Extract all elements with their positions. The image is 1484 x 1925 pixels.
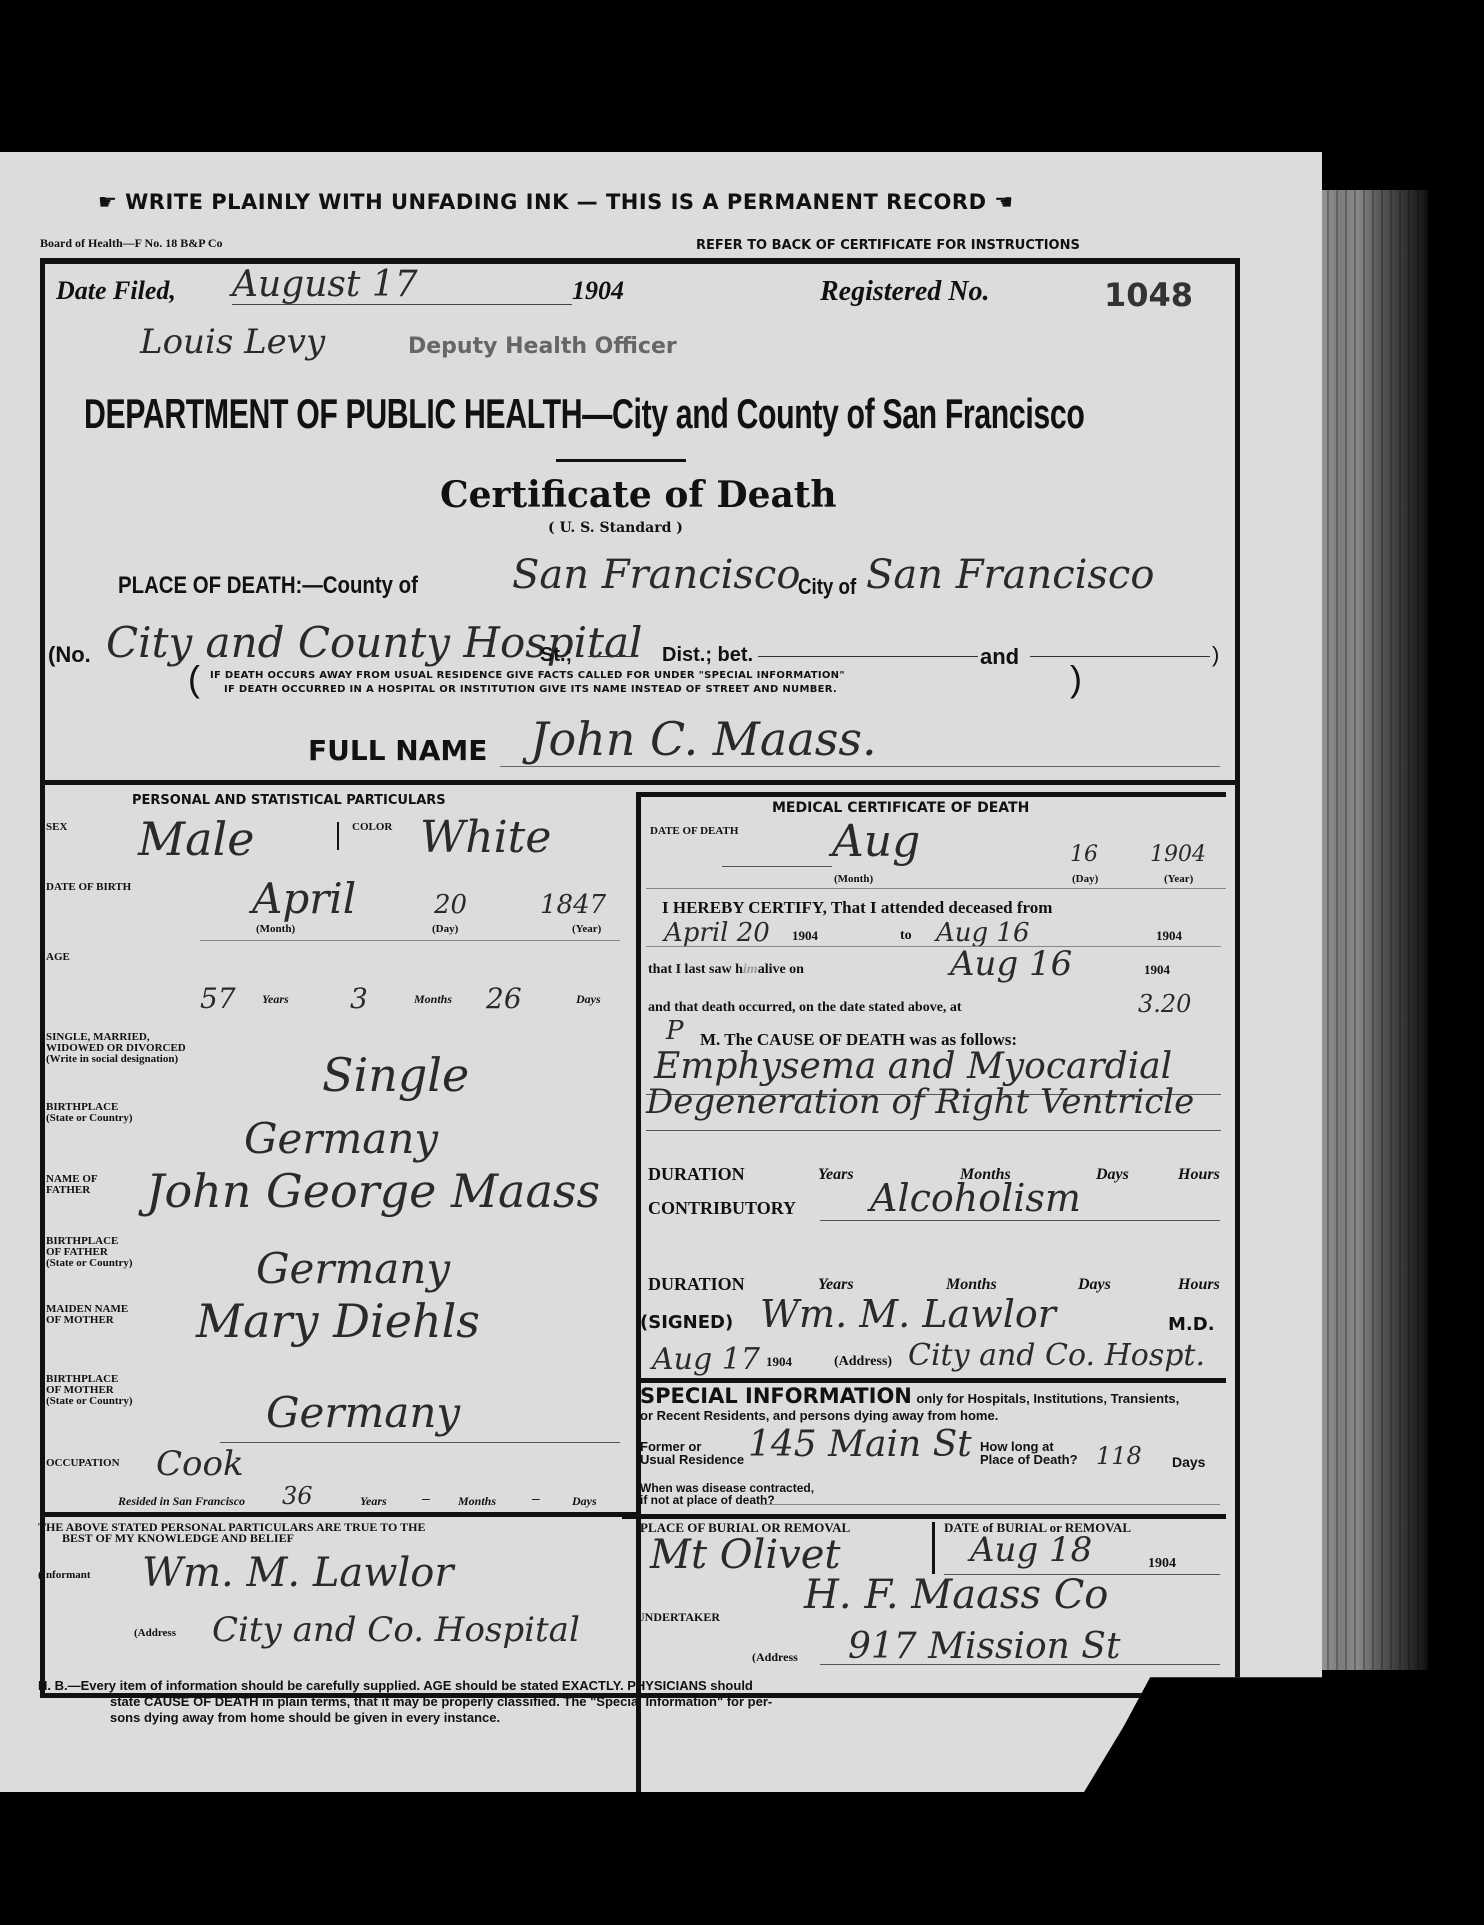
- residence-label: Former orUsual Residence: [640, 1440, 744, 1466]
- note-line-1: IF DEATH OCCURS AWAY FROM USUAL RESIDENC…: [210, 670, 845, 681]
- resided-days[interactable]: –: [532, 1490, 540, 1506]
- occupation-label: OCCUPATION: [46, 1458, 120, 1469]
- last-saw-date[interactable]: Aug 16: [950, 944, 1072, 984]
- dob-day-caption: (Day): [432, 924, 458, 935]
- attended-from-year: 1904: [792, 930, 818, 941]
- occurred-text: and that death occurred, on the date sta…: [648, 1000, 962, 1016]
- officer-title: Deputy Health Officer: [408, 334, 677, 359]
- footnote-line-1: N. B.—Every item of information should b…: [38, 1678, 753, 1693]
- informant-name[interactable]: Wm. M. Lawlor: [142, 1550, 454, 1596]
- cause-line-2[interactable]: Degeneration of Right Ventricle: [646, 1082, 1194, 1122]
- special-heading: SPECIAL INFORMATION only for Hospitals, …: [640, 1384, 1179, 1408]
- section-divider: [40, 780, 1240, 785]
- medical-address[interactable]: City and Co. Hospt.: [908, 1338, 1205, 1373]
- undertaker-value[interactable]: H. F. Maass Co: [804, 1572, 1108, 1618]
- dod-year[interactable]: 1904: [1150, 842, 1206, 867]
- duration-2-label: DURATION: [648, 1274, 745, 1295]
- md-label: M.D.: [1168, 1314, 1215, 1335]
- dist-label: Dist.; bet.: [662, 644, 753, 667]
- signed-year: 1904: [766, 1356, 792, 1367]
- county-value[interactable]: San Francisco: [512, 552, 800, 598]
- how-long-days-label: Days: [1172, 1454, 1205, 1470]
- dob-day[interactable]: 20: [434, 890, 467, 920]
- date-filed-value[interactable]: August 17: [232, 264, 418, 305]
- certificate-title: Certificate of Death: [440, 474, 837, 516]
- attended-from[interactable]: April 20: [664, 918, 770, 948]
- medical-heading: MEDICAL CERTIFICATE OF DEATH: [772, 800, 1029, 816]
- signed-label: (SIGNED): [640, 1312, 733, 1333]
- death-certificate-sheet: ☛ WRITE PLAINLY WITH UNFADING INK — THIS…: [0, 152, 1322, 1792]
- form-number: Board of Health—F No. 18 B&P Co: [40, 238, 223, 249]
- color-value[interactable]: White: [420, 812, 551, 863]
- dob-label: DATE OF BIRTH: [46, 882, 131, 893]
- resided-days-caption: Days: [572, 1494, 597, 1509]
- certify-text: I HEREBY CERTIFY, That I attended deceas…: [662, 898, 1052, 918]
- physician-signature[interactable]: Wm. M. Lawlor: [760, 1292, 1056, 1336]
- date-filed-label: Date Filed,: [56, 276, 176, 306]
- mother-bp-label-3: (State or Country): [46, 1396, 133, 1407]
- title-divider: [556, 459, 686, 462]
- attended-to-year: 1904: [1156, 930, 1182, 941]
- footnote-line-2: state CAUSE OF DEATH in plain terms, tha…: [110, 1694, 772, 1709]
- note-bracket-left: (: [188, 658, 200, 700]
- duration-2-days-caption: Days: [1078, 1276, 1111, 1294]
- note-line-2: IF DEATH OCCURRED IN A HOSPITAL OR INSTI…: [224, 684, 837, 695]
- contributory-label: CONTRIBUTORY: [648, 1198, 796, 1219]
- age-label: AGE: [46, 952, 70, 963]
- footnote-line-3: sons dying away from home should be give…: [110, 1710, 500, 1725]
- officer-signature: Louis Levy: [140, 322, 325, 362]
- resided-years[interactable]: 36: [282, 1482, 313, 1510]
- resided-months-caption: Months: [458, 1494, 496, 1509]
- dob-year-caption: (Year): [572, 924, 601, 935]
- last-saw-label: that I last saw himalive on: [648, 962, 804, 978]
- contributory-value[interactable]: Alcoholism: [870, 1176, 1081, 1220]
- informant-label: (Informant: [38, 1570, 91, 1581]
- father-bp-label-3: (State or Country): [46, 1258, 133, 1269]
- close-paren: ): [1212, 642, 1219, 668]
- age-days-caption: Days: [576, 992, 601, 1007]
- st-label: St.;: [540, 644, 572, 667]
- resided-label: Resided in San Francisco: [118, 1494, 245, 1509]
- sex-value[interactable]: Male: [138, 812, 254, 866]
- age-months-caption: Months: [414, 992, 452, 1007]
- duration-label: DURATION: [648, 1164, 745, 1185]
- dod-label: DATE OF DEATH: [650, 826, 738, 837]
- banner: ☛ WRITE PLAINLY WITH UNFADING INK — THIS…: [98, 190, 1014, 214]
- dob-month-caption: (Month): [256, 924, 295, 935]
- dod-month[interactable]: Aug: [832, 816, 920, 867]
- contracted-label: When was disease contracted,if not at pl…: [640, 1482, 814, 1506]
- city-value[interactable]: San Francisco: [866, 552, 1154, 598]
- age-years-caption: Years: [262, 992, 289, 1007]
- dob-month[interactable]: April: [252, 874, 356, 923]
- residence-value[interactable]: 145 Main St: [748, 1424, 972, 1465]
- banner-text: WRITE PLAINLY WITH UNFADING INK — THIS I…: [125, 190, 986, 214]
- dod-year-caption: (Year): [1164, 874, 1193, 885]
- medical-address-label: (Address): [834, 1356, 892, 1367]
- pointing-hand-left-icon: ☛: [98, 190, 125, 214]
- occupation-value[interactable]: Cook: [156, 1444, 244, 1484]
- color-label: COLOR: [352, 822, 392, 833]
- standard-label: ( U. S. Standard ): [548, 520, 683, 536]
- instructions-ref: REFER TO BACK OF CERTIFICATE FOR INSTRUC…: [696, 238, 1080, 253]
- resided-years-caption: Years: [360, 1494, 387, 1509]
- registered-label: Registered No.: [820, 276, 990, 308]
- undertaker-address-label: (Address: [752, 1652, 798, 1663]
- undertaker-label: UNDERTAKER: [636, 1612, 720, 1623]
- burial-year: 1904: [1148, 1558, 1176, 1569]
- note-bracket-right: ): [1070, 658, 1082, 700]
- informant-address-label: (Address: [134, 1628, 176, 1639]
- death-meridiem[interactable]: P: [666, 1016, 684, 1046]
- marital-label-3: (Write in social designation): [46, 1054, 178, 1065]
- duration-days-caption: Days: [1096, 1166, 1129, 1184]
- birthplace-value[interactable]: Germany: [244, 1114, 438, 1163]
- department-title: DEPARTMENT OF PUBLIC HEALTH—City and Cou…: [84, 390, 1084, 438]
- last-saw-pronoun: im: [743, 962, 758, 977]
- mother-value[interactable]: Mary Diehls: [196, 1294, 480, 1348]
- personal-heading: PERSONAL AND STATISTICAL PARTICULARS: [132, 793, 446, 808]
- duration-years-caption: Years: [818, 1166, 854, 1184]
- duration-hours-caption: Hours: [1178, 1166, 1220, 1184]
- pointing-hand-right-icon: ☚: [987, 190, 1014, 214]
- signed-date[interactable]: Aug 17: [652, 1342, 760, 1377]
- father-value[interactable]: John George Maass: [146, 1164, 600, 1218]
- last-saw-year: 1904: [1144, 964, 1170, 975]
- dod-day-caption: (Day): [1072, 874, 1098, 885]
- informant-statement-2: BEST OF MY KNOWLEDGE AND BELIEF: [62, 1533, 294, 1544]
- cause-line-1[interactable]: Emphysema and Myocardial: [654, 1046, 1172, 1087]
- to-label: to: [900, 930, 912, 941]
- special-heading-line-2: or Recent Residents, and persons dying a…: [640, 1408, 998, 1423]
- dod-month-caption: (Month): [834, 874, 873, 885]
- and-label: and: [980, 644, 1019, 670]
- mother-birthplace-value[interactable]: Germany: [266, 1388, 460, 1437]
- full-name-value[interactable]: John C. Maass.: [530, 712, 877, 766]
- street-no-label: (No.: [48, 642, 91, 668]
- undertaker-address[interactable]: 917 Mission St: [848, 1626, 1120, 1667]
- city-label: City of: [798, 574, 856, 600]
- duration-2-hours-caption: Hours: [1178, 1276, 1220, 1294]
- death-time[interactable]: 3.20: [1138, 990, 1191, 1018]
- dod-day[interactable]: 16: [1070, 842, 1098, 867]
- age-months[interactable]: 3: [350, 982, 368, 1015]
- birthplace-label-2: (State or Country): [46, 1113, 133, 1124]
- full-name-label: FULL NAME: [308, 734, 487, 767]
- dob-year[interactable]: 1847: [540, 890, 606, 920]
- mother-label-2: OF MOTHER: [46, 1315, 114, 1326]
- father-birthplace-value[interactable]: Germany: [256, 1244, 450, 1293]
- age-years[interactable]: 57: [200, 982, 236, 1015]
- date-filed-year: 1904: [572, 276, 624, 306]
- informant-address[interactable]: City and Co. Hospital: [212, 1610, 580, 1650]
- how-long-value[interactable]: 118: [1096, 1442, 1142, 1470]
- marital-value[interactable]: Single: [322, 1048, 469, 1102]
- age-days[interactable]: 26: [486, 982, 522, 1015]
- resided-months[interactable]: –: [422, 1490, 430, 1506]
- place-of-death-label: PLACE OF DEATH:—County of: [118, 572, 418, 600]
- how-long-label: How long atPlace of Death?: [980, 1440, 1078, 1466]
- sex-label: SEX: [46, 822, 67, 833]
- registered-number[interactable]: 1048: [1104, 276, 1193, 314]
- burial-date-value[interactable]: Aug 18: [970, 1530, 1092, 1570]
- book-page-stack: [1318, 190, 1428, 1670]
- father-label-2: FATHER: [46, 1185, 90, 1196]
